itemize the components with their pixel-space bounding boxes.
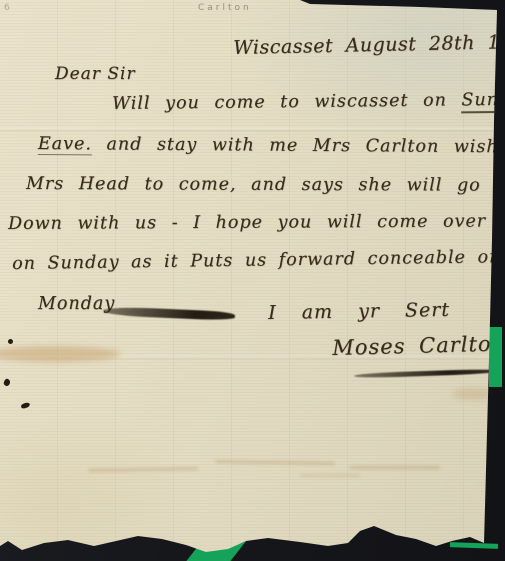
- green-marker-right: [489, 327, 502, 387]
- body-line-2: Eave. and stay with me Mrs Carlton wishe…: [38, 134, 505, 157]
- ink-showthrough: [88, 467, 198, 472]
- body-line-5: on Sunday as it Puts us forward conceabl…: [12, 247, 501, 274]
- letter-scan: 6 Carlton Wiscasset August 28th 1812 Dea…: [0, 0, 505, 561]
- salutation: Dear Sir: [55, 64, 136, 84]
- green-marker-bottom-right: [450, 542, 498, 549]
- stain-left: [0, 346, 120, 362]
- fold-crease-upper: [0, 128, 505, 131]
- pencil-annotation: Carlton: [198, 3, 252, 13]
- stain-right: [452, 388, 496, 400]
- letter-sheet: 6 Carlton Wiscasset August 28th 1812 Dea…: [0, 0, 505, 561]
- body-line-2-text: and stay with me Mrs Carlton wishes: [92, 134, 505, 157]
- closing: I am yr Sert: [268, 299, 450, 324]
- ink-smudge-dash: [103, 306, 235, 321]
- ink-showthrough: [350, 466, 440, 469]
- underlined-word-sunday: Sunday: [461, 90, 505, 114]
- ink-showthrough: [215, 460, 335, 465]
- signature: Moses Carlton Jr: [332, 331, 505, 360]
- ink-blot: [21, 402, 31, 409]
- body-line-4: Down with us - I hope you will come over: [8, 211, 486, 234]
- pencil-number: 6: [4, 3, 10, 13]
- ink-showthrough: [300, 474, 360, 477]
- body-line-3: Mrs Head to come, and says she will go: [26, 174, 481, 196]
- body-line-1-text: Will you come to wiscasset on: [112, 90, 462, 114]
- ink-blot: [3, 378, 12, 387]
- ink-blot: [8, 339, 13, 344]
- underlined-word-eave: Eave.: [38, 134, 92, 155]
- signature-flourish: [354, 368, 498, 378]
- body-line-1: Will you come to wiscasset on Sunday: [112, 90, 505, 114]
- dateline: Wiscasset August 28th 1812: [233, 31, 505, 59]
